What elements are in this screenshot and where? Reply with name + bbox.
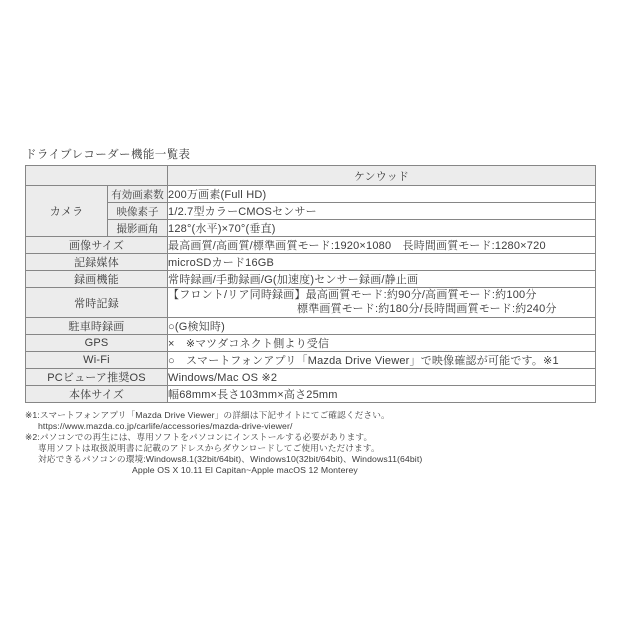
table-row-gps: GPS × ※マツダコネクト側より受信 xyxy=(26,335,596,352)
footnotes: ※1:スマートフォンアプリ「Mazda Drive Viewer」の詳細は下記サ… xyxy=(25,410,422,476)
continuous-rec-line2: 標準画質モード:約180分/長時間画質モード:約240分 xyxy=(168,303,595,317)
row-label: PCビューア推奨OS xyxy=(26,369,168,386)
table-row-media: 記録媒体 microSDカード16GB xyxy=(26,254,596,271)
row-label: 記録媒体 xyxy=(26,254,168,271)
brand-header-cell: ケンウッド xyxy=(168,166,596,186)
table-row-continuous-rec: 常時記録 【フロント/リア同時録画】最高画質モード:約90分/高画質モード:約1… xyxy=(26,288,596,318)
row-value: 最高画質/高画質/標準画質モード:1920×1080 長時間画質モード:1280… xyxy=(168,237,596,254)
row-label: 画像サイズ xyxy=(26,237,168,254)
camera-sub-value: 200万画素(Full HD) xyxy=(168,186,596,203)
row-value: microSDカード16GB xyxy=(168,254,596,271)
camera-sub-label: 撮影画角 xyxy=(108,220,168,237)
table-row-camera-3: 撮影画角 128°(水平)×70°(垂直) xyxy=(26,220,596,237)
spec-table: ケンウッド カメラ 有効画素数 200万画素(Full HD) 映像素子 1/2… xyxy=(25,165,596,403)
page-title: ドライブレコーダー機能一覧表 xyxy=(25,146,190,162)
footnote-2-line4: Apple OS X 10.11 El Capitan~Apple macOS … xyxy=(25,465,422,476)
camera-group-label: カメラ xyxy=(26,186,108,237)
table-row-pc-viewer-os: PCビューア推奨OS Windows/Mac OS ※2 xyxy=(26,369,596,386)
row-label: 本体サイズ xyxy=(26,386,168,403)
camera-sub-value: 128°(水平)×70°(垂直) xyxy=(168,220,596,237)
table-row-wifi: Wi-Fi ○ スマートフォンアプリ「Mazda Drive Viewer」で映… xyxy=(26,352,596,369)
footnote-1-url: https://www.mazda.co.jp/carlife/accessor… xyxy=(25,421,422,432)
table-header-row: ケンウッド xyxy=(26,166,596,186)
table-row-image-size: 画像サイズ 最高画質/高画質/標準画質モード:1920×1080 長時間画質モー… xyxy=(26,237,596,254)
footnote-2-line2: 専用ソフトは取扱説明書に記載のアドレスからダウンロードしてご使用いただけます。 xyxy=(25,443,422,454)
row-value: × ※マツダコネクト側より受信 xyxy=(168,335,596,352)
footnote-2-line3: 対応できるパソコンの環境:Windows8.1(32bit/64bit)、Win… xyxy=(25,454,422,465)
row-value: 【フロント/リア同時録画】最高画質モード:約90分/高画質モード:約100分 標… xyxy=(168,288,596,318)
table-row-camera-1: カメラ 有効画素数 200万画素(Full HD) xyxy=(26,186,596,203)
row-value: 常時録画/手動録画/G(加速度)センサー録画/静止画 xyxy=(168,271,596,288)
table-row-parking-rec: 駐車時録画 ○(G検知時) xyxy=(26,318,596,335)
camera-sub-label: 映像素子 xyxy=(108,203,168,220)
camera-sub-value: 1/2.7型カラーCMOSセンサー xyxy=(168,203,596,220)
row-value: ○ スマートフォンアプリ「Mazda Drive Viewer」で映像確認が可能… xyxy=(168,352,596,369)
product-spec-image: ドライブレコーダー機能一覧表 ケンウッド カメラ 有効画素数 200万画素(Fu… xyxy=(0,0,620,620)
table-corner-cell xyxy=(26,166,168,186)
row-value: Windows/Mac OS ※2 xyxy=(168,369,596,386)
camera-sub-label: 有効画素数 xyxy=(108,186,168,203)
row-label: 常時記録 xyxy=(26,288,168,318)
row-label: GPS xyxy=(26,335,168,352)
row-value: 幅68mm×長さ103mm×高さ25mm xyxy=(168,386,596,403)
table-row-camera-2: 映像素子 1/2.7型カラーCMOSセンサー xyxy=(26,203,596,220)
table-row-body-size: 本体サイズ 幅68mm×長さ103mm×高さ25mm xyxy=(26,386,596,403)
table-row-rec-functions: 録画機能 常時録画/手動録画/G(加速度)センサー録画/静止画 xyxy=(26,271,596,288)
row-value: ○(G検知時) xyxy=(168,318,596,335)
row-label: 駐車時録画 xyxy=(26,318,168,335)
continuous-rec-line1: 【フロント/リア同時録画】最高画質モード:約90分/高画質モード:約100分 xyxy=(168,289,595,303)
row-label: 録画機能 xyxy=(26,271,168,288)
footnote-1: ※1:スマートフォンアプリ「Mazda Drive Viewer」の詳細は下記サ… xyxy=(25,410,422,421)
row-label: Wi-Fi xyxy=(26,352,168,369)
footnote-2: ※2:パソコンでの再生には、専用ソフトをパソコンにインストールする必要があります… xyxy=(25,432,422,443)
